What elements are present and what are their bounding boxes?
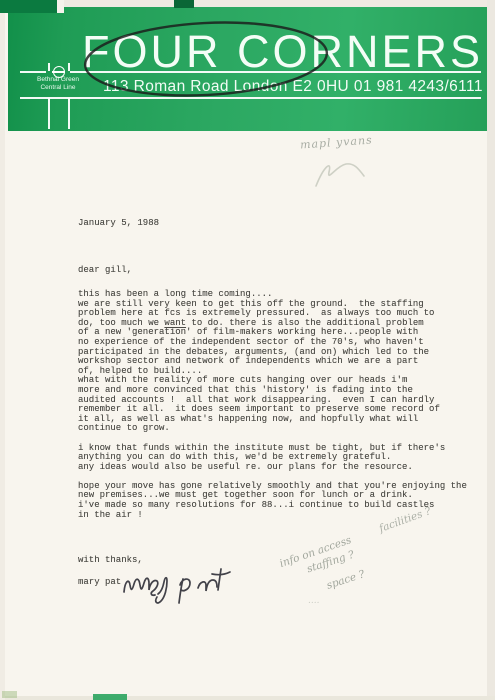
scanned-letter-page: FOUR CORNERS 113 Roman Road London E2 0H… [0, 0, 495, 700]
paper-edge-right [487, 0, 495, 700]
crossroads-line [48, 98, 50, 129]
letter-date: January 5, 1988 [78, 219, 159, 229]
scan-artifact-corner [2, 691, 17, 698]
crossroads-line [68, 63, 70, 71]
paper-edge-left [0, 0, 5, 700]
crossroads-line [48, 63, 50, 71]
letter-closing: with thanks, [78, 556, 143, 566]
crossroads-line [68, 98, 70, 129]
pencil-note-top: mapl yvans [300, 133, 373, 151]
crossroads-line [70, 71, 481, 73]
letter-salutation: dear gill, [78, 266, 132, 276]
underground-roundel-bar [52, 71, 65, 73]
scan-artifact [174, 0, 194, 8]
signature-typed: mary pat [78, 578, 121, 588]
scan-artifact [57, 0, 64, 13]
company-address: 113 Roman Road London E2 0HU 01 981 4243… [103, 78, 483, 96]
station-line1: Bethnal Green [28, 76, 88, 84]
signature-handwritten [120, 565, 240, 607]
body-text-2: to do. there is also the additional prob… [78, 318, 467, 520]
pencil-note-space: space ? [325, 568, 366, 592]
letterhead-band: FOUR CORNERS 113 Roman Road London E2 0H… [8, 7, 487, 131]
station-line2: Central Line [28, 84, 88, 92]
pencil-dots: .... [308, 596, 319, 606]
pencil-squiggle [312, 156, 372, 196]
crossroads-line [20, 71, 46, 73]
station-label: Bethnal Green Central Line [28, 76, 88, 92]
paper-edge-bottom [0, 696, 495, 700]
scan-artifact-bottom-green [93, 694, 127, 700]
scan-artifact [0, 0, 57, 13]
crossroads-line [20, 97, 481, 99]
paper-edge-top [0, 0, 495, 7]
letter-body: this has been a long time coming.... we … [78, 290, 467, 520]
